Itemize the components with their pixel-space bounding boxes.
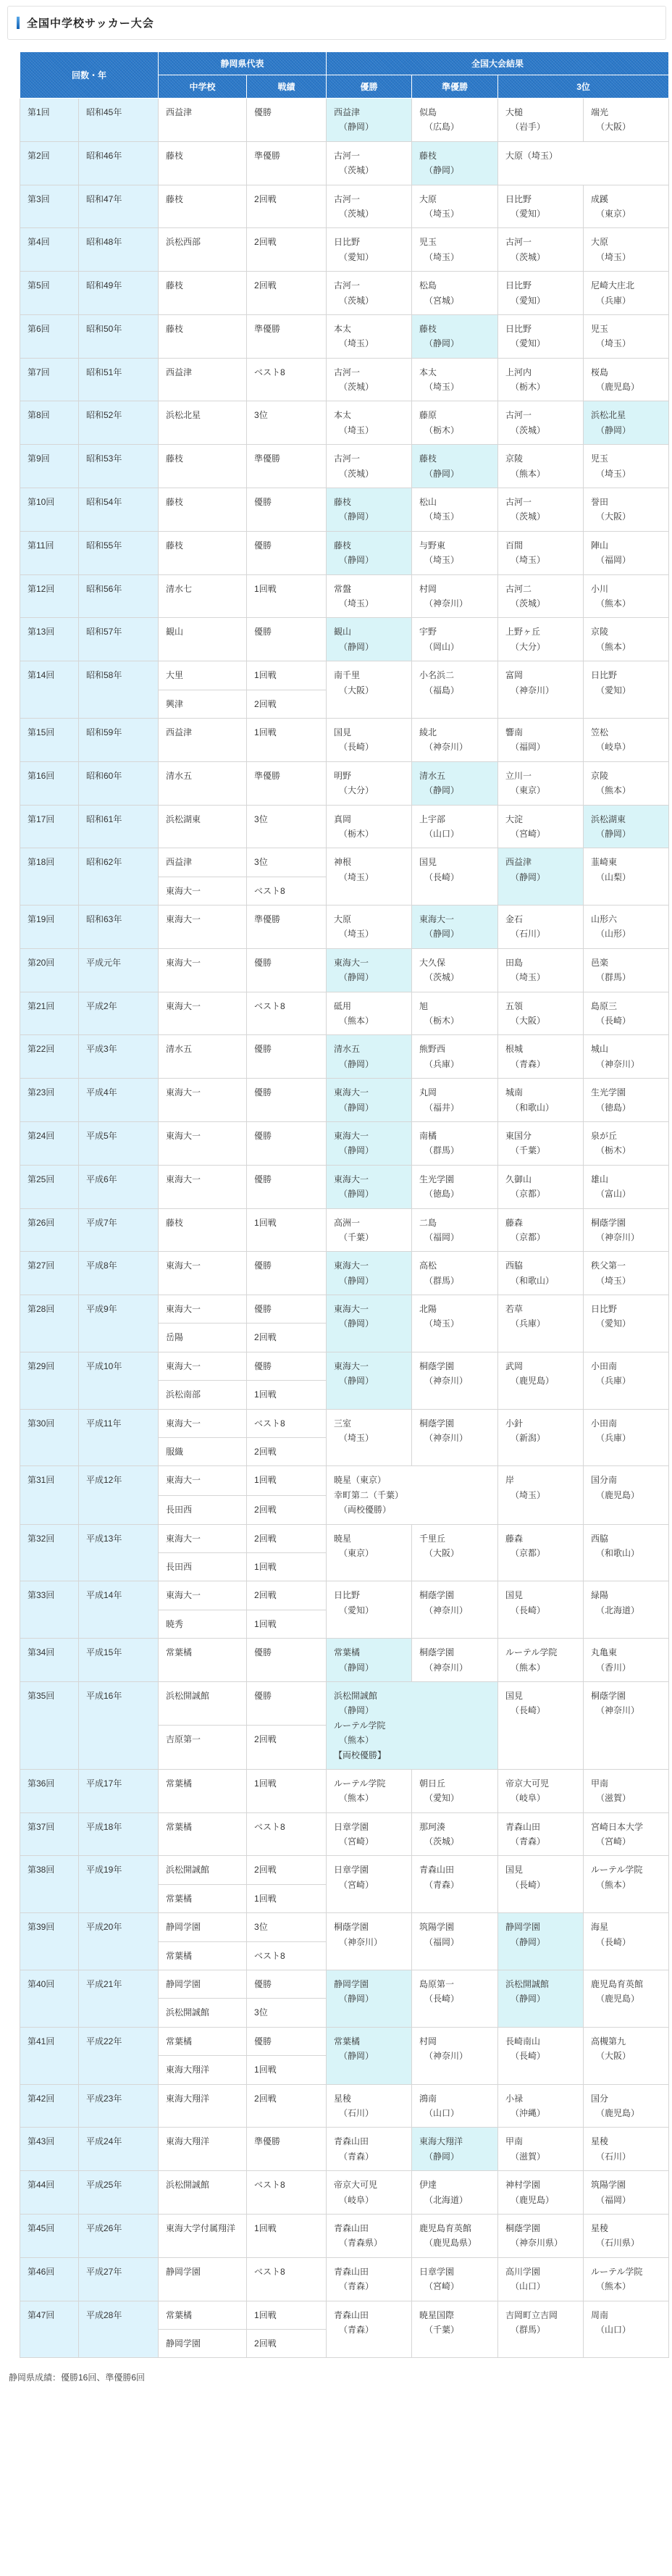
- cell-line: （埼玉）: [334, 927, 404, 941]
- cell-result: 長崎南山（長崎）: [498, 2027, 584, 2084]
- cell-result: 常葉橘（静岡）: [327, 1639, 412, 1682]
- table-row: 第31回平成12年東海大一1回戦暁星（東京）幸町第二（千葉）（両校優勝）岸（埼玉…: [20, 1466, 669, 1495]
- cell-line: 西益津: [166, 365, 239, 380]
- table-row: 第25回平成6年東海大一優勝東海大一（静岡）生光学園（徳島）久御山（京都）雄山（…: [20, 1165, 669, 1208]
- cell-line: ベスト8: [254, 1416, 319, 1431]
- cell-line: 2回戦: [254, 1330, 319, 1345]
- cell-result: 明野（大分）: [327, 761, 412, 805]
- cell-line: 大原: [591, 235, 661, 249]
- cell-line: 平成21年: [86, 1977, 151, 1991]
- cell-line: 長田西: [166, 1560, 239, 1574]
- cell-line: 大里: [166, 668, 239, 682]
- cell-round-no: 第15回: [20, 718, 79, 761]
- cell-line: 優勝: [254, 955, 319, 970]
- cell-result: 日比野（愛知）: [584, 661, 669, 719]
- cell-line: 第34回: [28, 1645, 71, 1660]
- cell-line: 桐蔭学園: [419, 1588, 490, 1602]
- cell-line: 第21回: [28, 999, 71, 1013]
- cell-line: 2回戦: [254, 235, 319, 249]
- cell-rep-record: ベスト8: [247, 1941, 327, 1970]
- header-record: 戦績: [247, 75, 327, 99]
- cell-rep-record: 3位: [247, 1913, 327, 1941]
- cell-line: 邑楽: [591, 955, 661, 970]
- cell-line: 大原: [334, 912, 404, 927]
- cell-line: （岐阜）: [591, 740, 661, 754]
- cell-line: 東海大一: [334, 1359, 404, 1373]
- cell-line: （広島）: [419, 120, 490, 134]
- cell-line: （沖縄）: [505, 2106, 576, 2120]
- cell-rep-school: 西益津: [159, 718, 247, 761]
- cell-result: 日章学園（宮崎）: [327, 1812, 412, 1856]
- table-row: 第1回昭和45年西益津優勝西益津（静岡）似島（広島）大槌（岩手）端光（大阪）: [20, 99, 669, 142]
- cell-line: （鹿児島）: [505, 2193, 576, 2207]
- cell-rep-record: 1回戦: [247, 1884, 327, 1912]
- cell-line: （埼玉）: [591, 336, 661, 351]
- cell-line: 東海大一: [334, 1085, 404, 1100]
- table-row: 第20回平成元年東海大一優勝東海大一（静岡）大久保（茨城）田島（埼玉）邑楽（群馬…: [20, 948, 669, 992]
- cell-result: 藤枝（静岡）: [412, 141, 498, 185]
- cell-line: 青森山田: [419, 1862, 490, 1877]
- cell-line: 静岡学園: [334, 1977, 404, 1991]
- cell-rep-school: 藤枝: [159, 445, 247, 488]
- cell-year: 昭和53年: [79, 445, 159, 488]
- cell-round-no: 第31回: [20, 1466, 79, 1524]
- cell-line: 国分南: [591, 1473, 661, 1487]
- cell-line: 平成9年: [86, 1302, 151, 1316]
- cell-line: 平成25年: [86, 2178, 151, 2192]
- cell-line: （栃木）: [591, 1143, 661, 1158]
- cell-year: 昭和54年: [79, 488, 159, 532]
- cell-line: 旭: [419, 999, 490, 1013]
- cell-round-no: 第34回: [20, 1639, 79, 1682]
- cell-line: （熊本）: [505, 1660, 576, 1675]
- cell-line: 1回戦: [254, 582, 319, 596]
- cell-rep-school: 興津: [159, 690, 247, 718]
- cell-line: 平成18年: [86, 1820, 151, 1834]
- cell-year: 平成元年: [79, 948, 159, 992]
- page: 全国中学校サッカー大会 回数・年 静岡県代表 全国大会結果 中学校 戦績 優勝 …: [0, 6, 672, 2383]
- cell-line: 2回戦: [254, 2336, 319, 2351]
- cell-line: （宮崎）: [591, 1834, 661, 1849]
- cell-rep-record: 優勝: [247, 948, 327, 992]
- table-row: 第21回平成2年東海大一ベスト8砥用（熊本）旭（栃木）五領（大阪）島原三（長崎）: [20, 992, 669, 1035]
- table-row: 第34回平成15年常葉橘優勝常葉橘（静岡）桐蔭学園（神奈川）ルーテル学院（熊本）…: [20, 1639, 669, 1682]
- cell-result: 日比野（愛知）: [498, 272, 584, 315]
- cell-line: ルーテル学院: [591, 1862, 661, 1877]
- cell-line: 武岡: [505, 1359, 576, 1373]
- cell-line: 星稜: [334, 2091, 404, 2106]
- cell-line: 綾北: [419, 725, 490, 740]
- cell-result: 日比野（愛知）: [498, 314, 584, 358]
- cell-line: 岸: [505, 1473, 576, 1487]
- cell-line: 日比野: [591, 668, 661, 682]
- cell-line: 上野ヶ丘: [505, 624, 576, 639]
- cell-result: 砥用（熊本）: [327, 992, 412, 1035]
- cell-line: 2回戦: [254, 1531, 319, 1546]
- cell-line: 浜松開誠館: [166, 2178, 239, 2192]
- cell-result: 青森山田（青森）: [498, 1812, 584, 1856]
- header-row-1: 回数・年 静岡県代表 全国大会結果: [20, 52, 669, 75]
- cell-line: 甲南: [591, 1776, 661, 1791]
- title-accent-bar: [17, 17, 20, 29]
- cell-line: 第12回: [28, 582, 71, 596]
- cell-round-no: 第46回: [20, 2257, 79, 2301]
- cell-result: 星稜（石川）: [327, 2084, 412, 2128]
- cell-line: 東海大翔洋: [419, 2134, 490, 2149]
- table-row: 第27回平成8年東海大一優勝東海大一（静岡）高松（群馬）西脇（和歌山）秩父第一（…: [20, 1252, 669, 1295]
- cell-result: 城山（神奈川）: [584, 1035, 669, 1079]
- cell-rep-record: ベスト8: [247, 877, 327, 905]
- cell-line: ルーテル学院: [334, 1718, 490, 1733]
- cell-result: 京陵（熊本）: [498, 445, 584, 488]
- cell-line: 準優勝: [254, 322, 319, 336]
- table-row: 第9回昭和53年藤枝準優勝古河一（茨城）藤枝（静岡）京陵（熊本）児玉（埼玉）: [20, 445, 669, 488]
- cell-line: 2回戦: [254, 1444, 319, 1459]
- cell-rep-record: 3位: [247, 1999, 327, 2027]
- cell-line: （埼玉）: [505, 1488, 576, 1502]
- cell-result: 大淀（宮崎）: [498, 805, 584, 848]
- cell-line: 第36回: [28, 1776, 71, 1791]
- cell-rep-school: 静岡学園: [159, 1970, 247, 1999]
- cell-result: 綾北（神奈川）: [412, 718, 498, 761]
- cell-line: 常葉橘: [166, 1820, 239, 1834]
- cell-result: 青森山田（青森）: [412, 1856, 498, 1913]
- cell-line: 平成27年: [86, 2265, 151, 2279]
- cell-round-no: 第35回: [20, 1681, 79, 1769]
- cell-result: 小川（熊本）: [584, 574, 669, 618]
- cell-result: 東海大一（静岡）: [327, 1079, 412, 1122]
- table-row: 第42回平成23年東海大翔洋2回戦星稜（石川）鴻南（山口）小禄（沖縄）国分（鹿児…: [20, 2084, 669, 2128]
- cell-line: （青森）: [505, 1057, 576, 1071]
- cell-result: 東海大一（静岡）: [327, 1295, 412, 1352]
- cell-line: （長崎）: [591, 1013, 661, 1028]
- cell-line: 長田西: [166, 1502, 239, 1517]
- cell-line: 海星: [591, 1920, 661, 1934]
- cell-line: （兵庫）: [419, 1057, 490, 1071]
- cell-line: （静岡）: [334, 1991, 404, 2006]
- table-row: 第45回平成26年東海大学付属翔洋1回戦青森山田（青森県）鹿児島育英館（鹿児島県…: [20, 2214, 669, 2257]
- cell-line: 富岡: [505, 668, 576, 682]
- cell-line: 平成16年: [86, 1689, 151, 1703]
- cell-line: 南橘: [419, 1129, 490, 1143]
- cell-year: 昭和55年: [79, 531, 159, 574]
- cell-rep-school: 東海大一: [159, 1121, 247, 1165]
- cell-line: 静岡学園: [166, 2265, 239, 2279]
- header-round-year: 回数・年: [20, 52, 159, 99]
- cell-line: 優勝: [254, 1689, 319, 1703]
- cell-line: 朝日丘: [419, 1776, 490, 1791]
- cell-rep-school: 吉原第一: [159, 1726, 247, 1769]
- cell-line: 西脇: [505, 1258, 576, 1273]
- cell-line: （岡山）: [419, 640, 490, 654]
- cell-line: （福岡）: [591, 2193, 661, 2207]
- cell-result: 古河一（茨城）: [327, 272, 412, 315]
- cell-line: 第23回: [28, 1085, 71, 1100]
- cell-line: （大阪）: [334, 683, 404, 698]
- cell-rep-school: 常葉橘: [159, 1884, 247, 1912]
- cell-line: 浜松開誠館: [505, 1977, 576, 1991]
- cell-rep-record: 準優勝: [247, 761, 327, 805]
- cell-result: 若草（兵庫）: [498, 1295, 584, 1352]
- cell-result: 大原（埼玉）: [584, 228, 669, 272]
- cell-line: （栃木）: [505, 380, 576, 394]
- cell-line: 常葉橘: [334, 1645, 404, 1660]
- cell-rep-school: 清水七: [159, 574, 247, 618]
- cell-line: 昭和56年: [86, 582, 151, 596]
- cell-round-no: 第23回: [20, 1079, 79, 1122]
- cell-result: 秩父第一（埼玉）: [584, 1252, 669, 1295]
- cell-year: 平成22年: [79, 2027, 159, 2084]
- cell-line: 藤枝: [166, 495, 239, 509]
- cell-line: 那珂湊: [419, 1820, 490, 1834]
- cell-line: 小田南: [591, 1416, 661, 1431]
- cell-round-no: 第5回: [20, 272, 79, 315]
- cell-round-no: 第47回: [20, 2301, 79, 2358]
- cell-line: 高槻第九: [591, 2034, 661, 2049]
- cell-result: 常盤（埼玉）: [327, 574, 412, 618]
- cell-line: 小川: [591, 582, 661, 596]
- cell-line: （茨城）: [334, 467, 404, 481]
- cell-rep-record: 優勝: [247, 1352, 327, 1380]
- cell-rep-record: 優勝: [247, 1639, 327, 1682]
- cell-line: 昭和50年: [86, 322, 151, 336]
- cell-year: 平成20年: [79, 1913, 159, 1970]
- cell-line: 西益津: [166, 105, 239, 120]
- cell-line: 古河一: [334, 365, 404, 380]
- cell-line: （埼玉）: [419, 380, 490, 394]
- cell-line: （京都）: [505, 1546, 576, 1560]
- cell-year: 平成19年: [79, 1856, 159, 1913]
- cell-line: 平成23年: [86, 2091, 151, 2106]
- cell-line: 青森山田: [334, 2265, 404, 2279]
- cell-line: （神奈川）: [419, 1373, 490, 1388]
- cell-rep-record: 1回戦: [247, 1610, 327, 1638]
- cell-line: （埼玉）: [505, 553, 576, 567]
- cell-line: （熊本）: [591, 783, 661, 798]
- cell-line: 暁秀: [166, 1617, 239, 1631]
- table-row: 第35回平成16年浜松開誠館優勝浜松開誠館（静岡）ルーテル学院（熊本）【両校優勝…: [20, 1681, 669, 1725]
- cell-line: （青森）: [334, 2322, 404, 2337]
- cell-line: （千葉）: [505, 1143, 576, 1158]
- cell-line: 平成10年: [86, 1359, 151, 1373]
- cell-rep-school: 藤枝: [159, 272, 247, 315]
- cell-line: （茨城）: [334, 163, 404, 177]
- cell-line: （神奈川）: [334, 1935, 404, 1949]
- cell-year: 平成21年: [79, 1970, 159, 2028]
- cell-line: 児玉: [591, 451, 661, 466]
- cell-line: 静岡学園: [166, 1977, 239, 1991]
- cell-line: （石川）: [505, 927, 576, 941]
- cell-line: （神奈川）: [419, 1431, 490, 1445]
- cell-line: 東海大翔洋: [166, 2062, 239, 2077]
- cell-line: 清水七: [166, 582, 239, 596]
- cell-line: 平成15年: [86, 1645, 151, 1660]
- cell-line: （静岡）: [591, 827, 661, 841]
- cell-line: 第47回: [28, 2308, 71, 2322]
- cell-line: 城南: [505, 1085, 576, 1100]
- cell-rep-school: 清水五: [159, 761, 247, 805]
- cell-line: （静岡）: [419, 927, 490, 941]
- cell-result: 児玉（埼玉）: [584, 445, 669, 488]
- cell-line: 昭和51年: [86, 365, 151, 380]
- cell-result: 静岡学園（静岡）: [498, 1913, 584, 1970]
- cell-line: （栃木）: [419, 1013, 490, 1028]
- cell-result: 那珂湊（茨城）: [412, 1812, 498, 1856]
- cell-line: 鹿児島育英館: [419, 2221, 490, 2236]
- cell-line: 児玉: [591, 322, 661, 336]
- cell-round-no: 第1回: [20, 99, 79, 142]
- cell-result: 藤枝（静岡）: [412, 445, 498, 488]
- cell-line: 浜松北星: [166, 408, 239, 422]
- cell-rep-record: 準優勝: [247, 141, 327, 185]
- cell-result: 丸岡（福井）: [412, 1079, 498, 1122]
- cell-line: 平成11年: [86, 1416, 151, 1431]
- cell-line: 常葉橘: [166, 1776, 239, 1791]
- cell-line: （青森）: [334, 2149, 404, 2164]
- cell-result: 国分南（鹿児島）: [584, 1466, 669, 1524]
- cell-rep-school: 藤枝: [159, 185, 247, 228]
- cell-line: 山形六: [591, 912, 661, 927]
- cell-line: 小田南: [591, 1359, 661, 1373]
- cell-result: 古河一（茨城）: [327, 445, 412, 488]
- cell-line: （北海道）: [591, 1603, 661, 1618]
- cell-result: 東海大一（静岡）: [327, 1165, 412, 1208]
- cell-line: 古河一: [334, 278, 404, 293]
- cell-line: 百間: [505, 538, 576, 553]
- cell-rep-school: 浜松開誠館: [159, 1681, 247, 1725]
- cell-result: 五領（大阪）: [498, 992, 584, 1035]
- cell-line: 観山: [334, 624, 404, 639]
- cell-rep-school: 静岡学園: [159, 2329, 247, 2357]
- cell-line: （熊本）: [591, 1878, 661, 1892]
- cell-line: 浜松開誠館: [166, 1862, 239, 1877]
- cell-line: 藤枝: [166, 1216, 239, 1230]
- cell-result: 緑陽（北海道）: [584, 1581, 669, 1639]
- cell-line: 日比野: [334, 1588, 404, 1602]
- cell-line: 常葉橘: [166, 1891, 239, 1906]
- cell-line: （埼玉）: [334, 1431, 404, 1445]
- cell-line: （富山）: [591, 1187, 661, 1201]
- cell-line: 平成元年: [86, 955, 151, 970]
- table-row: 第3回昭和47年藤枝2回戦古河一（茨城）大原（埼玉）日比野（愛知）成蹊（東京）: [20, 185, 669, 228]
- cell-line: 第18回: [28, 855, 71, 869]
- cell-line: 優勝: [254, 1172, 319, 1187]
- cell-line: 与野東: [419, 538, 490, 553]
- cell-line: 筑陽学園: [419, 1920, 490, 1934]
- cell-line: （静岡）: [419, 163, 490, 177]
- cell-rep-record: 2回戦: [247, 1438, 327, 1466]
- cell-line: 城山: [591, 1042, 661, 1056]
- cell-line: （福岡）: [591, 553, 661, 567]
- cell-line: （鹿児島）: [591, 1991, 661, 2006]
- cell-result: 生光学園（徳島）: [412, 1165, 498, 1208]
- cell-line: 本太: [334, 408, 404, 422]
- cell-rep-record: ベスト8: [247, 992, 327, 1035]
- cell-result: 富岡（神奈川）: [498, 661, 584, 719]
- cell-line: 昭和63年: [86, 912, 151, 927]
- cell-round-no: 第9回: [20, 445, 79, 488]
- cell-line: （静岡）: [334, 120, 404, 134]
- cell-rep-record: 準優勝: [247, 906, 327, 949]
- cell-line: 第33回: [28, 1588, 71, 1602]
- cell-result: 浜松北星（静岡）: [584, 401, 669, 445]
- cell-line: （両校優勝）: [334, 1502, 490, 1517]
- cell-line: 2回戦: [254, 192, 319, 206]
- cell-round-no: 第14回: [20, 661, 79, 719]
- cell-rep-record: 2回戦: [247, 690, 327, 718]
- cell-result: 小田南（兵庫）: [584, 1409, 669, 1466]
- cell-rep-record: 優勝: [247, 618, 327, 661]
- cell-line: 帝京大可児: [505, 1776, 576, 1791]
- cell-line: 平成19年: [86, 1862, 151, 1877]
- cell-line: 準優勝: [254, 2134, 319, 2149]
- cell-line: 東海大一: [166, 1129, 239, 1143]
- cell-line: 平成2年: [86, 999, 151, 1013]
- cell-line: 西益津: [505, 855, 576, 869]
- cell-line: （埼玉）: [419, 553, 490, 567]
- cell-line: 古河一: [334, 149, 404, 163]
- cell-line: 常葉橘: [166, 1645, 239, 1660]
- cell-line: 第10回: [28, 495, 71, 509]
- cell-line: （静岡）: [505, 1991, 576, 2006]
- cell-line: 第17回: [28, 812, 71, 827]
- cell-rep-school: 服織: [159, 1438, 247, 1466]
- cell-result: 上宇部（山口）: [412, 805, 498, 848]
- cell-line: 古河一: [505, 235, 576, 249]
- cell-line: 東海大一: [166, 999, 239, 1013]
- cell-result: 浜松湖東（静岡）: [584, 805, 669, 848]
- cell-line: 優勝: [254, 538, 319, 553]
- cell-line: （神奈川）: [419, 596, 490, 611]
- cell-year: 昭和57年: [79, 618, 159, 661]
- cell-rep-record: 2回戦: [247, 272, 327, 315]
- cell-line: 東海大翔洋: [166, 2091, 239, 2106]
- cell-rep-record: ベスト8: [247, 2257, 327, 2301]
- cell-rep-school: 東海大一: [159, 906, 247, 949]
- cell-line: （東京）: [591, 206, 661, 221]
- cell-line: 藤枝: [166, 149, 239, 163]
- cell-rep-record: 優勝: [247, 1970, 327, 1999]
- cell-line: （大分）: [505, 640, 576, 654]
- cell-line: 服織: [166, 1444, 239, 1459]
- cell-year: 平成13年: [79, 1524, 159, 1581]
- cell-line: 藤枝: [166, 278, 239, 293]
- cell-line: （香川）: [591, 1660, 661, 1675]
- cell-line: （群馬）: [505, 2322, 576, 2337]
- cell-result: 本太（埼玉）: [412, 358, 498, 401]
- cell-year: 昭和60年: [79, 761, 159, 805]
- cell-line: 昭和48年: [86, 235, 151, 249]
- cell-rep-school: 藤枝: [159, 141, 247, 185]
- cell-line: （山口）: [591, 2322, 661, 2337]
- cell-line: 日比野: [505, 322, 576, 336]
- cell-result: ルーテル学院（熊本）: [584, 2257, 669, 2301]
- cell-line: 藤枝: [166, 192, 239, 206]
- cell-result: 京陵（熊本）: [584, 761, 669, 805]
- cell-line: 平成4年: [86, 1085, 151, 1100]
- cell-line: 高洲一: [334, 1216, 404, 1230]
- cell-result: 大原（埼玉）: [412, 185, 498, 228]
- cell-rep-school: 浜松湖東: [159, 805, 247, 848]
- cell-line: （埼玉）: [419, 206, 490, 221]
- cell-result: 久御山（京都）: [498, 1165, 584, 1208]
- cell-result: 高槻第九（大阪）: [584, 2027, 669, 2084]
- cell-line: 第29回: [28, 1359, 71, 1373]
- cell-line: （埼玉）: [419, 1316, 490, 1331]
- cell-line: 3位: [254, 408, 319, 422]
- cell-line: （埼玉）: [591, 1274, 661, 1288]
- table-row: 第14回昭和58年大里1回戦南千里（大阪）小名浜二（福島）富岡（神奈川）日比野（…: [20, 661, 669, 690]
